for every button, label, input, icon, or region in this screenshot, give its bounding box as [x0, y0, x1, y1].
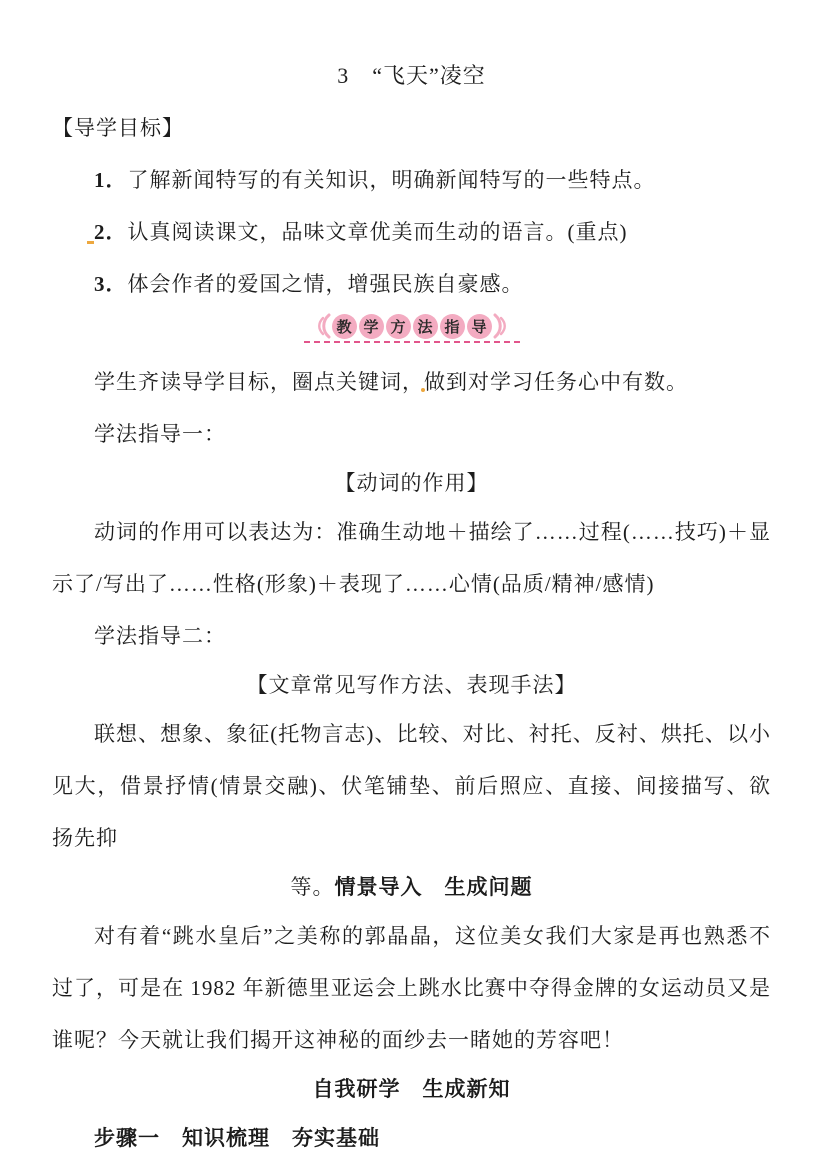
study-guide-two-label: 学法指导二：: [52, 610, 771, 662]
spellcheck-dash-mark: [87, 241, 94, 244]
goal-text: 认真阅读课文，品味文章优美而生动的语言。(重点): [128, 220, 628, 244]
scene-intro-heading: 情景导入 生成问题: [335, 875, 533, 899]
goal-number: 3．: [94, 272, 128, 296]
read-paragraph-part2: 对学习任务心中有数。: [468, 370, 688, 394]
lesson-intro-paragraph: 对有着“跳水皇后”之美称的郭晶晶，这位美女我们大家是再也熟悉不过了，可是在 19…: [52, 910, 771, 1066]
badge-left-flourish-icon: [316, 312, 332, 340]
badge-char: 教: [332, 314, 357, 339]
badge-characters: 教 学 方 法 指 导: [332, 314, 492, 339]
step-one-heading: 步骤一 知识梳理 夯实基础: [52, 1112, 771, 1164]
badge-char: 导: [467, 314, 492, 339]
read-goals-paragraph: 学生齐读导学目标，圈点关键词，做到对学习任务心中有数。: [52, 356, 771, 408]
badge-char: 学: [359, 314, 384, 339]
verb-function-paragraph: 动词的作用可以表达为：准确生动地＋描绘了……过程(……技巧)＋显示了/写出了………: [52, 506, 771, 610]
guide-goals-heading: 【导学目标】: [52, 102, 771, 154]
lesson-title: 3 “飞天”凌空: [52, 50, 771, 102]
badge-char: 法: [413, 314, 438, 339]
goal-item-1: 1．了解新闻特写的有关知识，明确新闻特写的一些特点。: [52, 154, 771, 206]
goal-item-3: 3．体会作者的爱国之情，增强民族自豪感。: [52, 258, 771, 310]
goal-number: 1．: [94, 168, 128, 192]
teaching-method-badge: 教 学 方 法 指 导: [52, 310, 771, 356]
self-study-heading: 自我研学 生成新知: [52, 1066, 771, 1112]
badge-right-flourish-icon: [492, 312, 508, 340]
verb-function-heading: 【动词的作用】: [52, 460, 771, 506]
writing-methods-paragraph: 联想、想象、象征(托物言志)、比较、对比、衬托、反衬、烘托、以小见大，借景抒情(…: [52, 708, 771, 864]
read-paragraph-part1: 学生齐读导学目标，圈点关键词，做到: [94, 370, 468, 394]
spellcheck-dot-mark: [421, 388, 425, 392]
writing-methods-heading: 【文章常见写作方法、表现手法】: [52, 662, 771, 708]
goal-text: 体会作者的爱国之情，增强民族自豪感。: [128, 272, 524, 296]
study-guide-one-label: 学法指导一：: [52, 408, 771, 460]
goal-item-2: 2．认真阅读课文，品味文章优美而生动的语言。(重点): [52, 206, 771, 258]
goal-text: 了解新闻特写的有关知识，明确新闻特写的一些特点。: [128, 168, 656, 192]
document-page: 3 “飞天”凌空 【导学目标】 1．了解新闻特写的有关知识，明确新闻特写的一些特…: [0, 0, 823, 1165]
goal-number: 2．: [94, 220, 128, 244]
badge-char: 方: [386, 314, 411, 339]
writing-paragraph-tail: 等。: [291, 875, 335, 899]
badge-dashed-underline: [304, 341, 520, 343]
badge-char: 指: [440, 314, 465, 339]
scene-intro-line: 等。情景导入 生成问题: [52, 864, 771, 910]
